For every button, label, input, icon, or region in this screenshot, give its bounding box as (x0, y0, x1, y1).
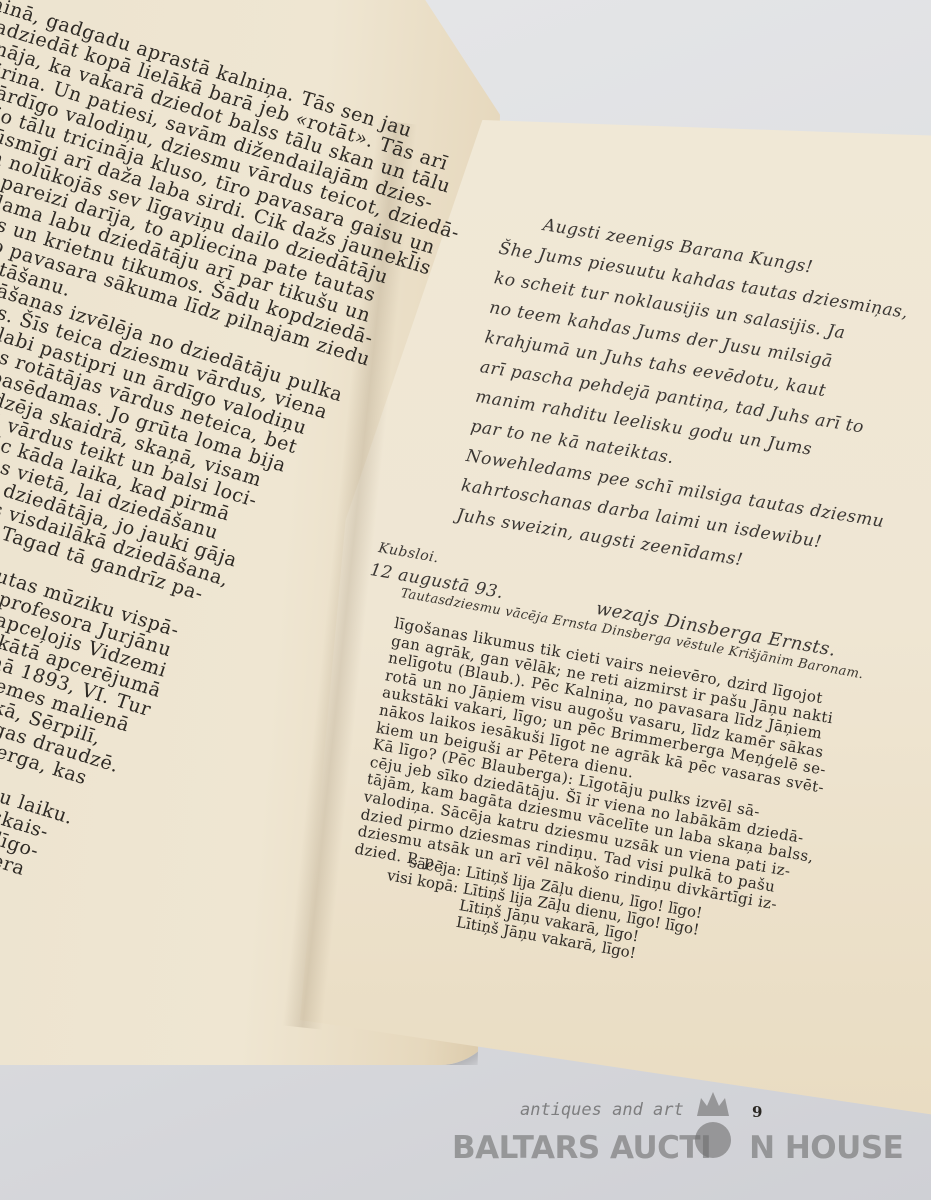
crown-icon (695, 1092, 731, 1118)
watermark-name-right: N HOUSE (749, 1130, 903, 1166)
watermark-name: BALTARS AUCTIN HOUSE (452, 1130, 903, 1166)
handwritten-letter: Augsti zeenigs Barana Kungs! Šhe Jums pi… (454, 204, 924, 596)
book-photo: ainā, gadgadu aprastā kalniņa. Tās sen j… (0, 0, 931, 1200)
watermark-tagline: antiques and art (520, 1100, 684, 1120)
page-number: 9 (752, 1103, 762, 1121)
globe-icon (695, 1122, 731, 1158)
watermark-name-left: BALTARS AUCTI (452, 1130, 711, 1166)
